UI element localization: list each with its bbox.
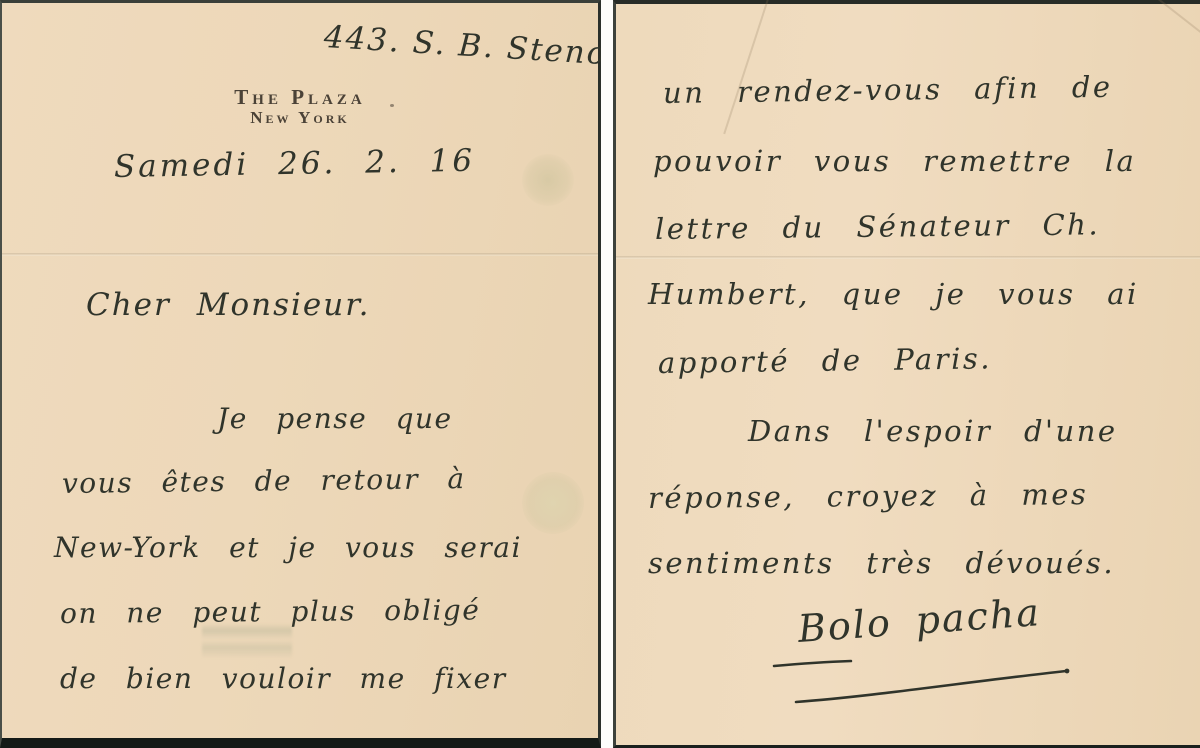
handwritten-line: un rendez-vous afin de	[663, 70, 1113, 110]
letterhead-hotel-name: The Plaza	[2, 85, 598, 110]
fold-crease	[616, 256, 1200, 259]
paper-stain	[522, 154, 574, 206]
letter-page-1: 443. S. B. Steno. The Plaza New York Sam…	[0, 0, 601, 748]
handwritten-line: sentiments très dévoués.	[648, 546, 1115, 580]
ink-speck	[390, 104, 394, 107]
handwritten-line: Dans l'espoir d'une	[748, 414, 1118, 448]
scanned-letter: 443. S. B. Steno. The Plaza New York Sam…	[0, 0, 1200, 748]
handwritten-line: réponse, croyez à mes	[648, 477, 1089, 515]
ink-bleed-artifact	[202, 613, 292, 671]
handwritten-line: Humbert, que je vous ai	[648, 277, 1139, 311]
fold-crease	[1156, 0, 1200, 57]
paper-stain	[522, 472, 584, 534]
handwritten-line: apporté de Paris.	[658, 341, 992, 380]
letterhead-city: New York	[2, 108, 598, 128]
date-line: Samedi 26. 2. 16	[114, 143, 476, 185]
signature: Bolo pacha	[796, 590, 1042, 651]
letter-page-2: un rendez-vous afin de pouvoir vous reme…	[613, 0, 1200, 748]
salutation: Cher Monsieur.	[86, 287, 370, 323]
letterhead: The Plaza New York	[2, 85, 598, 128]
handwritten-line: pouvoir vous remettre la	[653, 144, 1136, 178]
fold-crease	[2, 253, 598, 256]
handwritten-line: New-York et je vous serai	[54, 531, 522, 564]
handwritten-line: vous êtes de retour à	[62, 462, 466, 500]
signature-flourish	[766, 652, 1106, 712]
page-gutter	[601, 0, 613, 748]
handwritten-line: Je pense que	[217, 402, 453, 435]
steno-annotation: 443. S. B. Steno.	[323, 19, 620, 73]
fold-crease	[723, 0, 770, 134]
handwritten-line: lettre du Sénateur Ch.	[655, 207, 1100, 246]
